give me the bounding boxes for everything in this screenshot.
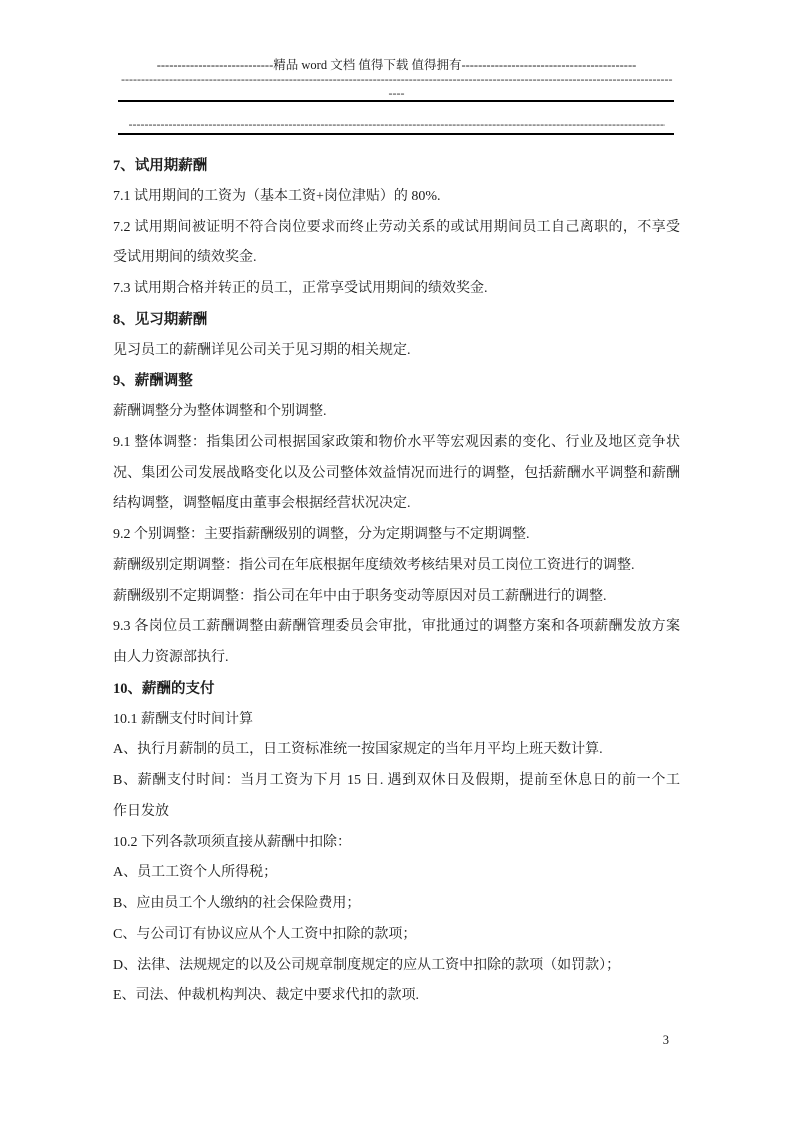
- paragraph-line: 7、试用期薪酬: [113, 151, 680, 182]
- paragraph-line: A、员工工资个人所得税；: [113, 858, 680, 889]
- paragraph-line: E、司法、仲裁机构判决、裁定中要求代扣的款项.: [113, 981, 680, 1012]
- paragraph: 7.3 试用期合格并转正的员工，正常享受试用期间的绩效奖金.: [113, 274, 680, 305]
- paragraph: A、执行月薪制的员工，日工资标准统一按国家规定的当年月平均上班天数计算.: [113, 735, 680, 766]
- paragraph-line: B、应由员工个人缴纳的社会保险费用；: [113, 889, 680, 920]
- paragraph-line: 由人力资源部执行.: [113, 643, 680, 674]
- paragraph-line: 况、集团公司发展战略变化以及公司整体效益情况而进行的调整，包括薪酬水平调整和薪酬: [113, 459, 680, 490]
- paragraph-line: 9、薪酬调整: [113, 366, 680, 397]
- paragraph-line: A、执行月薪制的员工，日工资标准统一按国家规定的当年月平均上班天数计算.: [113, 735, 680, 766]
- paragraph-line: 9.2 个别调整：主要指薪酬级别的调整，分为定期调整与不定期调整.: [113, 520, 680, 551]
- paragraph-line: 9.3 各岗位员工薪酬调整由薪酬管理委员会审批，审批通过的调整方案和各项薪酬发放…: [113, 612, 680, 643]
- paragraph: 薪酬级别不定期调整：指公司在年中由于职务变动等原因对员工薪酬进行的调整.: [113, 582, 680, 613]
- paragraph-line: 受试用期间的绩效奖金.: [113, 243, 680, 274]
- header-horizontal-rule-1: [118, 100, 674, 102]
- paragraph-line: 10.1 薪酬支付时间计算: [113, 705, 680, 736]
- page-header: ----------------------------精品 word 文档 值…: [113, 0, 680, 150]
- header-horizontal-rule-2: [118, 133, 674, 135]
- paragraph: B、薪酬支付时间：当月工资为下月 15 日. 遇到双休日及假期，提前至休息日的前…: [113, 766, 680, 828]
- header-tagline: ----------------------------精品 word 文档 值…: [113, 58, 680, 72]
- page-footer: 3: [113, 1033, 680, 1047]
- paragraph-line: 9.1 整体调整：指集团公司根据国家政策和物价水平等宏观因素的变化、行业及地区竞…: [113, 428, 680, 459]
- section-heading: 8、见习期薪酬: [113, 305, 680, 336]
- paragraph-line: 薪酬级别定期调整：指公司在年底根据年度绩效考核结果对员工岗位工资进行的调整.: [113, 551, 680, 582]
- paragraph-line: 7.1 试用期间的工资为（基本工资+岗位津贴）的 80%.: [113, 182, 680, 213]
- document-body: 7、试用期薪酬7.1 试用期间的工资为（基本工资+岗位津贴）的 80%.7.2 …: [113, 151, 680, 1012]
- paragraph-line: 结构调整，调整幅度由董事会根据经营状况决定.: [113, 489, 680, 520]
- paragraph-line: 薪酬级别不定期调整：指公司在年中由于职务变动等原因对员工薪酬进行的调整.: [113, 582, 680, 613]
- paragraph: 9.3 各岗位员工薪酬调整由薪酬管理委员会审批，审批通过的调整方案和各项薪酬发放…: [113, 612, 680, 674]
- paragraph: 薪酬级别定期调整：指公司在年底根据年度绩效考核结果对员工岗位工资进行的调整.: [113, 551, 680, 582]
- paragraph: 10.2 下列各款项须直接从薪酬中扣除：: [113, 828, 680, 859]
- paragraph-line: 8、见习期薪酬: [113, 305, 680, 336]
- section-heading: 9、薪酬调整: [113, 366, 680, 397]
- paragraph: E、司法、仲裁机构判决、裁定中要求代扣的款项.: [113, 981, 680, 1012]
- paragraph: 10.1 薪酬支付时间计算: [113, 705, 680, 736]
- paragraph-line: 10、薪酬的支付: [113, 674, 680, 705]
- paragraph-line: 7.3 试用期合格并转正的员工，正常享受试用期间的绩效奖金.: [113, 274, 680, 305]
- paragraph: 9.2 个别调整：主要指薪酬级别的调整，分为定期调整与不定期调整.: [113, 520, 680, 551]
- paragraph: C、与公司订有协议应从个人工资中扣除的款项；: [113, 920, 680, 951]
- paragraph: 见习员工的薪酬详见公司关于见习期的相关规定.: [113, 336, 680, 367]
- paragraph-line: 7.2 试用期间被证明不符合岗位要求而终止劳动关系的或试用期间员工自己离职的，不…: [113, 213, 680, 244]
- paragraph: 7.2 试用期间被证明不符合岗位要求而终止劳动关系的或试用期间员工自己离职的，不…: [113, 213, 680, 275]
- paragraph: A、员工工资个人所得税；: [113, 858, 680, 889]
- page-number: 3: [663, 1033, 669, 1047]
- paragraph-line: 薪酬调整分为整体调整和个别调整.: [113, 397, 680, 428]
- paragraph: D、法律、法规规定的以及公司规章制度规定的应从工资中扣除的款项（如罚款）；: [113, 951, 680, 982]
- paragraph: 7.1 试用期间的工资为（基本工资+岗位津贴）的 80%.: [113, 182, 680, 213]
- paragraph: 9.1 整体调整：指集团公司根据国家政策和物价水平等宏观因素的变化、行业及地区竞…: [113, 428, 680, 520]
- document-page: ----------------------------精品 word 文档 值…: [0, 0, 793, 1122]
- paragraph: B、应由员工个人缴纳的社会保险费用；: [113, 889, 680, 920]
- paragraph-line: 作日发放: [113, 797, 680, 828]
- section-heading: 7、试用期薪酬: [113, 151, 680, 182]
- section-heading: 10、薪酬的支付: [113, 674, 680, 705]
- paragraph: 薪酬调整分为整体调整和个别调整.: [113, 397, 680, 428]
- paragraph-line: 10.2 下列各款项须直接从薪酬中扣除：: [113, 828, 680, 859]
- header-short-dashes: ----: [113, 87, 680, 99]
- paragraph-line: D、法律、法规规定的以及公司规章制度规定的应从工资中扣除的款项（如罚款）；: [113, 951, 680, 982]
- paragraph-line: 见习员工的薪酬详见公司关于见习期的相关规定.: [113, 336, 680, 367]
- header-dashed-line-2: ----------------------------------------…: [129, 119, 665, 129]
- paragraph-line: B、薪酬支付时间：当月工资为下月 15 日. 遇到双休日及假期，提前至休息日的前…: [113, 766, 680, 797]
- paragraph-line: C、与公司订有协议应从个人工资中扣除的款项；: [113, 920, 680, 951]
- header-dashed-line-1: ----------------------------------------…: [121, 74, 672, 84]
